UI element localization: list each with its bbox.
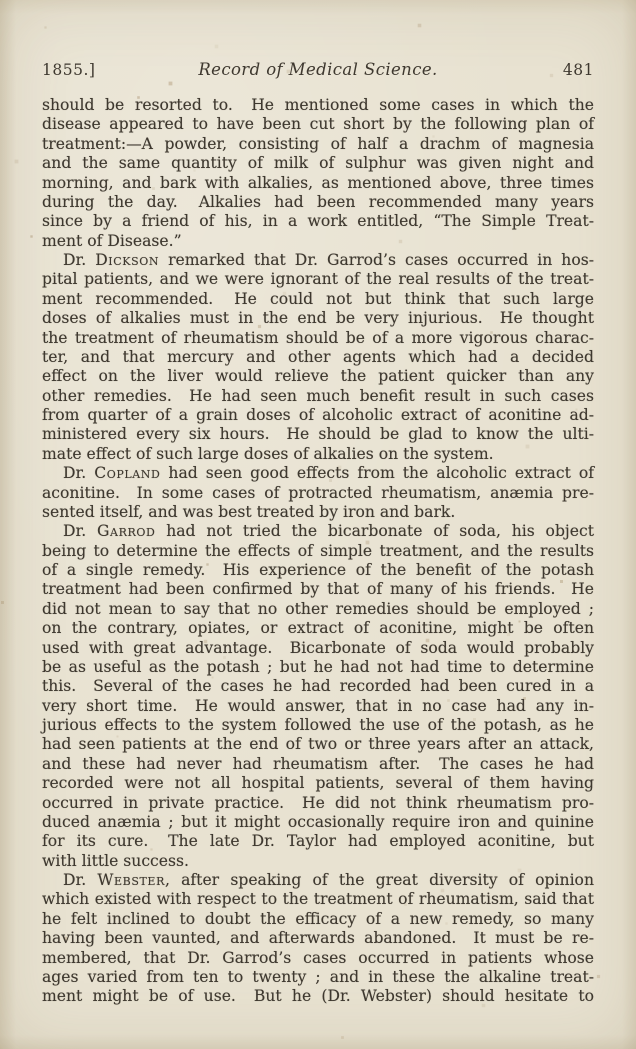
text-line: Dr. Copland had seen good effects from t… [42, 464, 594, 483]
text-line: on the contrary, opiates, or extract of … [42, 619, 594, 638]
text-line: Dr. Webster, after speaking of the great… [42, 871, 594, 890]
text-line: aconitine. In some cases of protracted r… [42, 484, 594, 503]
text-line: occurred in private practice. He did not… [42, 794, 594, 813]
small-caps-name: Webster [97, 871, 165, 889]
text-line: ages varied from ten to twenty ; and in … [42, 968, 594, 987]
text-line: morning, and bark with alkalies, as ment… [42, 174, 594, 193]
header-page-number: 481 [484, 61, 594, 79]
text-line: had seen patients at the end of two or t… [42, 735, 594, 754]
text-line: since by a friend of his, in a work enti… [42, 212, 594, 231]
text-line: this. Several of the cases he had record… [42, 677, 594, 696]
header-year: 1855.] [42, 61, 152, 79]
text-line: and these had never had rheumatism after… [42, 755, 594, 774]
text-line: ministered every six hours. He should be… [42, 425, 594, 444]
text-line: during the day. Alkalies had been recomm… [42, 193, 594, 212]
text-line: of a single remedy. His experience of th… [42, 561, 594, 580]
text-line: duced anæmia ; but it might occasionally… [42, 813, 594, 832]
text-line: disease appeared to have been cut short … [42, 115, 594, 134]
paragraph: should be resorted to. He mentioned some… [42, 96, 594, 251]
small-caps-name: Dickson [95, 251, 159, 269]
text-line: other remedies. He had seen much benefit… [42, 387, 594, 406]
paragraph: Dr. Garrod had not tried the bicarbonate… [42, 522, 594, 871]
text-line: mate effect of such large doses of alkal… [42, 445, 594, 464]
text-line: having been vaunted, and afterwards aban… [42, 929, 594, 948]
small-caps-name: Copland [94, 464, 160, 482]
text-line: doses of alkalies must in the end be ver… [42, 309, 594, 328]
text-line: membered, that Dr. Garrod’s cases occurr… [42, 949, 594, 968]
text-line: used with great advantage. Bicarbonate o… [42, 639, 594, 658]
paragraph: Dr. Copland had seen good effects from t… [42, 464, 594, 522]
text-line: pital patients, and we were ignorant of … [42, 270, 594, 289]
text-line: sented itself, and was best treated by i… [42, 503, 594, 522]
text-line: Dr. Garrod had not tried the bicarbonate… [42, 522, 594, 541]
text-line: be as useful as the potash ; but he had … [42, 658, 594, 677]
text-line: from quarter of a grain doses of alcohol… [42, 406, 594, 425]
header-title: Record of Medical Science. [152, 60, 484, 79]
text-line: very short time. He would answer, that i… [42, 697, 594, 716]
page-header: 1855.] Record of Medical Science. 481 [42, 60, 594, 80]
text-line: which existed with respect to the treatm… [42, 890, 594, 909]
text-line: treatment had been confirmed by that of … [42, 580, 594, 599]
text-line: being to determine the effects of simple… [42, 542, 594, 561]
text-line: Dr. Dickson remarked that Dr. Garrod’s c… [42, 251, 594, 270]
text-line: should be resorted to. He mentioned some… [42, 96, 594, 115]
paragraph: Dr. Webster, after speaking of the great… [42, 871, 594, 1007]
text-line: ment recommended. He could not but think… [42, 290, 594, 309]
text-line: the treatment of rheumatism should be of… [42, 329, 594, 348]
text-line: did not mean to say that no other remedi… [42, 600, 594, 619]
scanned-journal-page: 1855.] Record of Medical Science. 481 sh… [0, 0, 636, 1049]
text-line: for its cure. The late Dr. Taylor had em… [42, 832, 594, 851]
paragraph: Dr. Dickson remarked that Dr. Garrod’s c… [42, 251, 594, 464]
document-body: should be resorted to. He mentioned some… [42, 96, 594, 1007]
small-caps-name: Garrod [97, 522, 155, 540]
text-line: effect on the liver would relieve the pa… [42, 367, 594, 386]
text-line: recorded were not all hospital patients,… [42, 774, 594, 793]
page-content: 1855.] Record of Medical Science. 481 sh… [42, 60, 594, 1007]
text-line: ter, and that mercury and other agents w… [42, 348, 594, 367]
text-line: with little success. [42, 852, 594, 871]
paper-texture [0, 0, 1, 1]
text-line: ment might be of use. But he (Dr. Webste… [42, 987, 594, 1006]
text-line: and the same quantity of milk of sulphur… [42, 154, 594, 173]
text-line: he felt inclined to doubt the efficacy o… [42, 910, 594, 929]
text-line: jurious effects to the system followed t… [42, 716, 594, 735]
text-line: ment of Disease.” [42, 232, 594, 251]
text-line: treatment:—A powder, consisting of half … [42, 135, 594, 154]
